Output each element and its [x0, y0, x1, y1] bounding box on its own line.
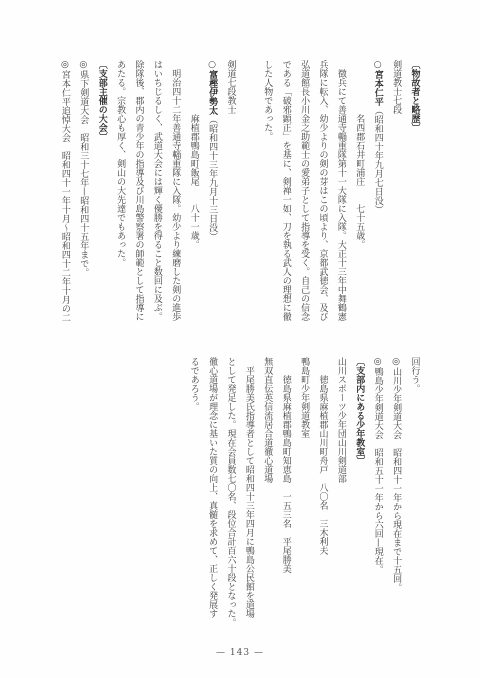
class-address: 徳島県麻植郡山川町舟戸 [318, 375, 328, 474]
tournament-period: 昭和四十一年から現在まで十五回。 [391, 448, 401, 592]
tournament-name: ◎県下剣道大会 [78, 60, 88, 124]
upper-tier: 〔物故者と略歴〕 剣道教士七段 ○宮本仁平（昭和四十年九月七日没） 名西郡石井町… [0, 60, 480, 332]
tournament-item: ◎鴨島少年剣道大会昭和五十一年から六回—現在。 [373, 357, 382, 574]
person-rank: 剣道七段教士 [226, 60, 235, 114]
class-description-line: 徹心道場が理念に基いた質の向上、真髄を求めて、正しく発展す [207, 357, 216, 618]
tournament-name: ◎山川少年剣道大会 [391, 357, 401, 439]
class-description-line: 平尾勝美氏指導者として昭和四十三年四月に鴨島公民館を道場 [244, 357, 253, 618]
person-death-date: （昭和四十三年九月十三日没） [207, 115, 217, 241]
class-leader: 平尾勝美 [281, 537, 291, 573]
person-address-line: 麻植郡鴨島町飯尾八十一歳。 [189, 60, 198, 249]
section-heading-tournaments: 〔支部主催の大会〕 [97, 60, 106, 141]
bio-line: はいちじるしく、武道大会には輝く優勝を得ること数回に及ぶ。 [152, 60, 161, 321]
person-mark: ○ [207, 60, 217, 70]
lower-tier: 回行う。 ◎山川少年剣道大会昭和四十一年から現在まで十五回。 ◎鴨島少年剣道大会… [0, 357, 480, 629]
person-mark: ○ [373, 60, 383, 70]
tournament-name: ◎鴨島少年剣道大会 [373, 357, 383, 439]
class-details: 徳島県麻植郡山川町舟戸八〇名三木利夫 [318, 357, 327, 555]
class-details: 徳島県麻植郡鴨島町知恵島一五三名平尾勝美 [281, 357, 290, 573]
class-description-line: るであろう。 [189, 357, 198, 411]
person-address: 名西郡石井町浦庄 [354, 114, 364, 186]
person-address-line: 名西郡石井町浦庄七十五歳。 [354, 60, 363, 249]
bio-line: 明治四十二年善通寺輜重隊に入隊。幼少より練磨した剣の進歩 [170, 60, 179, 321]
section-heading-youth-classes: 〔支部内にある少年教室〕 [354, 357, 363, 465]
tournament-period: 昭和四十一年十月～昭和四十二年十月の二 [60, 151, 70, 322]
bio-line: した人物であった。 [262, 60, 271, 141]
person-age: 七十五歳。 [354, 204, 364, 249]
tournament-item: ◎宮本仁平追悼大会昭和四十一年十月～昭和四十二年十月の二 [60, 60, 69, 322]
tournament-period: 昭和三十七年—昭和四十五年まで。 [78, 133, 88, 277]
person-death-date: （昭和四十年九月七日没） [373, 106, 383, 214]
class-members: 一五三名 [281, 492, 291, 528]
tournament-item: ◎山川少年剣道大会昭和四十一年から現在まで十五回。 [391, 357, 400, 592]
tournament-period-continued: 回行う。 [410, 357, 419, 393]
person-name-line: ○宮本仁平（昭和四十年九月七日没） [373, 60, 382, 214]
person-name-line: ○富樫伊勢太（昭和四十三年九月十三日没） [207, 60, 216, 241]
bio-line: あたる。宗教心も厚く、剣山の大先達でもあった。 [115, 60, 124, 267]
tournament-item: ◎県下剣道大会昭和三十七年—昭和四十五年まで。 [78, 60, 87, 277]
page-number: — 143 — [0, 648, 480, 658]
person-name: 富樫伊勢太 [207, 70, 217, 115]
class-name: 無双直伝英信流居合道徹心道場 [262, 357, 271, 483]
section-heading-obituaries: 〔物故者と略歴〕 [410, 60, 419, 132]
document-page: 〔物故者と略歴〕 剣道教士七段 ○宮本仁平（昭和四十年九月七日没） 名西郡石井町… [0, 0, 480, 678]
class-description-line: として発足した。現在会員数七〇名、段位合計百六十段となった。 [226, 357, 235, 627]
bio-line: 除隊後、郡内の青少年の指導及び川島警察署の師範として指導に [134, 60, 143, 321]
person-rank: 剣道教士七段 [391, 60, 400, 114]
tournament-name: ◎宮本仁平追悼大会 [60, 60, 70, 142]
person-address: 麻植郡鴨島町飯尾 [189, 114, 199, 186]
person-age: 八十一歳。 [189, 204, 199, 249]
bio-line: 徴兵にて善通寺輜重隊第十一大隊に入隊。大正十三年中舞鶴憲 [336, 60, 345, 321]
class-address: 徳島県麻植郡鴨島町知恵島 [281, 375, 291, 483]
class-name: 山川スポーツ少年団山川剣道部 [336, 357, 345, 483]
bio-line: 弘道館長小川金之助範士の愛弟子として指導を受く。自己の信念 [299, 60, 308, 321]
person-name: 宮本仁平 [373, 70, 383, 106]
bio-line: 兵隊に転入、幼少よりの剣の芽はこの頃より、京都武徳会、及び [318, 60, 327, 321]
class-members: 八〇名 [318, 483, 328, 510]
class-name: 鴨島町少年剣道教室 [299, 357, 308, 438]
bio-line: である「破邪顕正」を基に、剣禅一如、刀を執る武人の理想に徹 [281, 60, 290, 321]
class-leader: 三木利夫 [318, 519, 328, 555]
tournament-period: 昭和五十一年から六回—現在。 [373, 448, 383, 574]
